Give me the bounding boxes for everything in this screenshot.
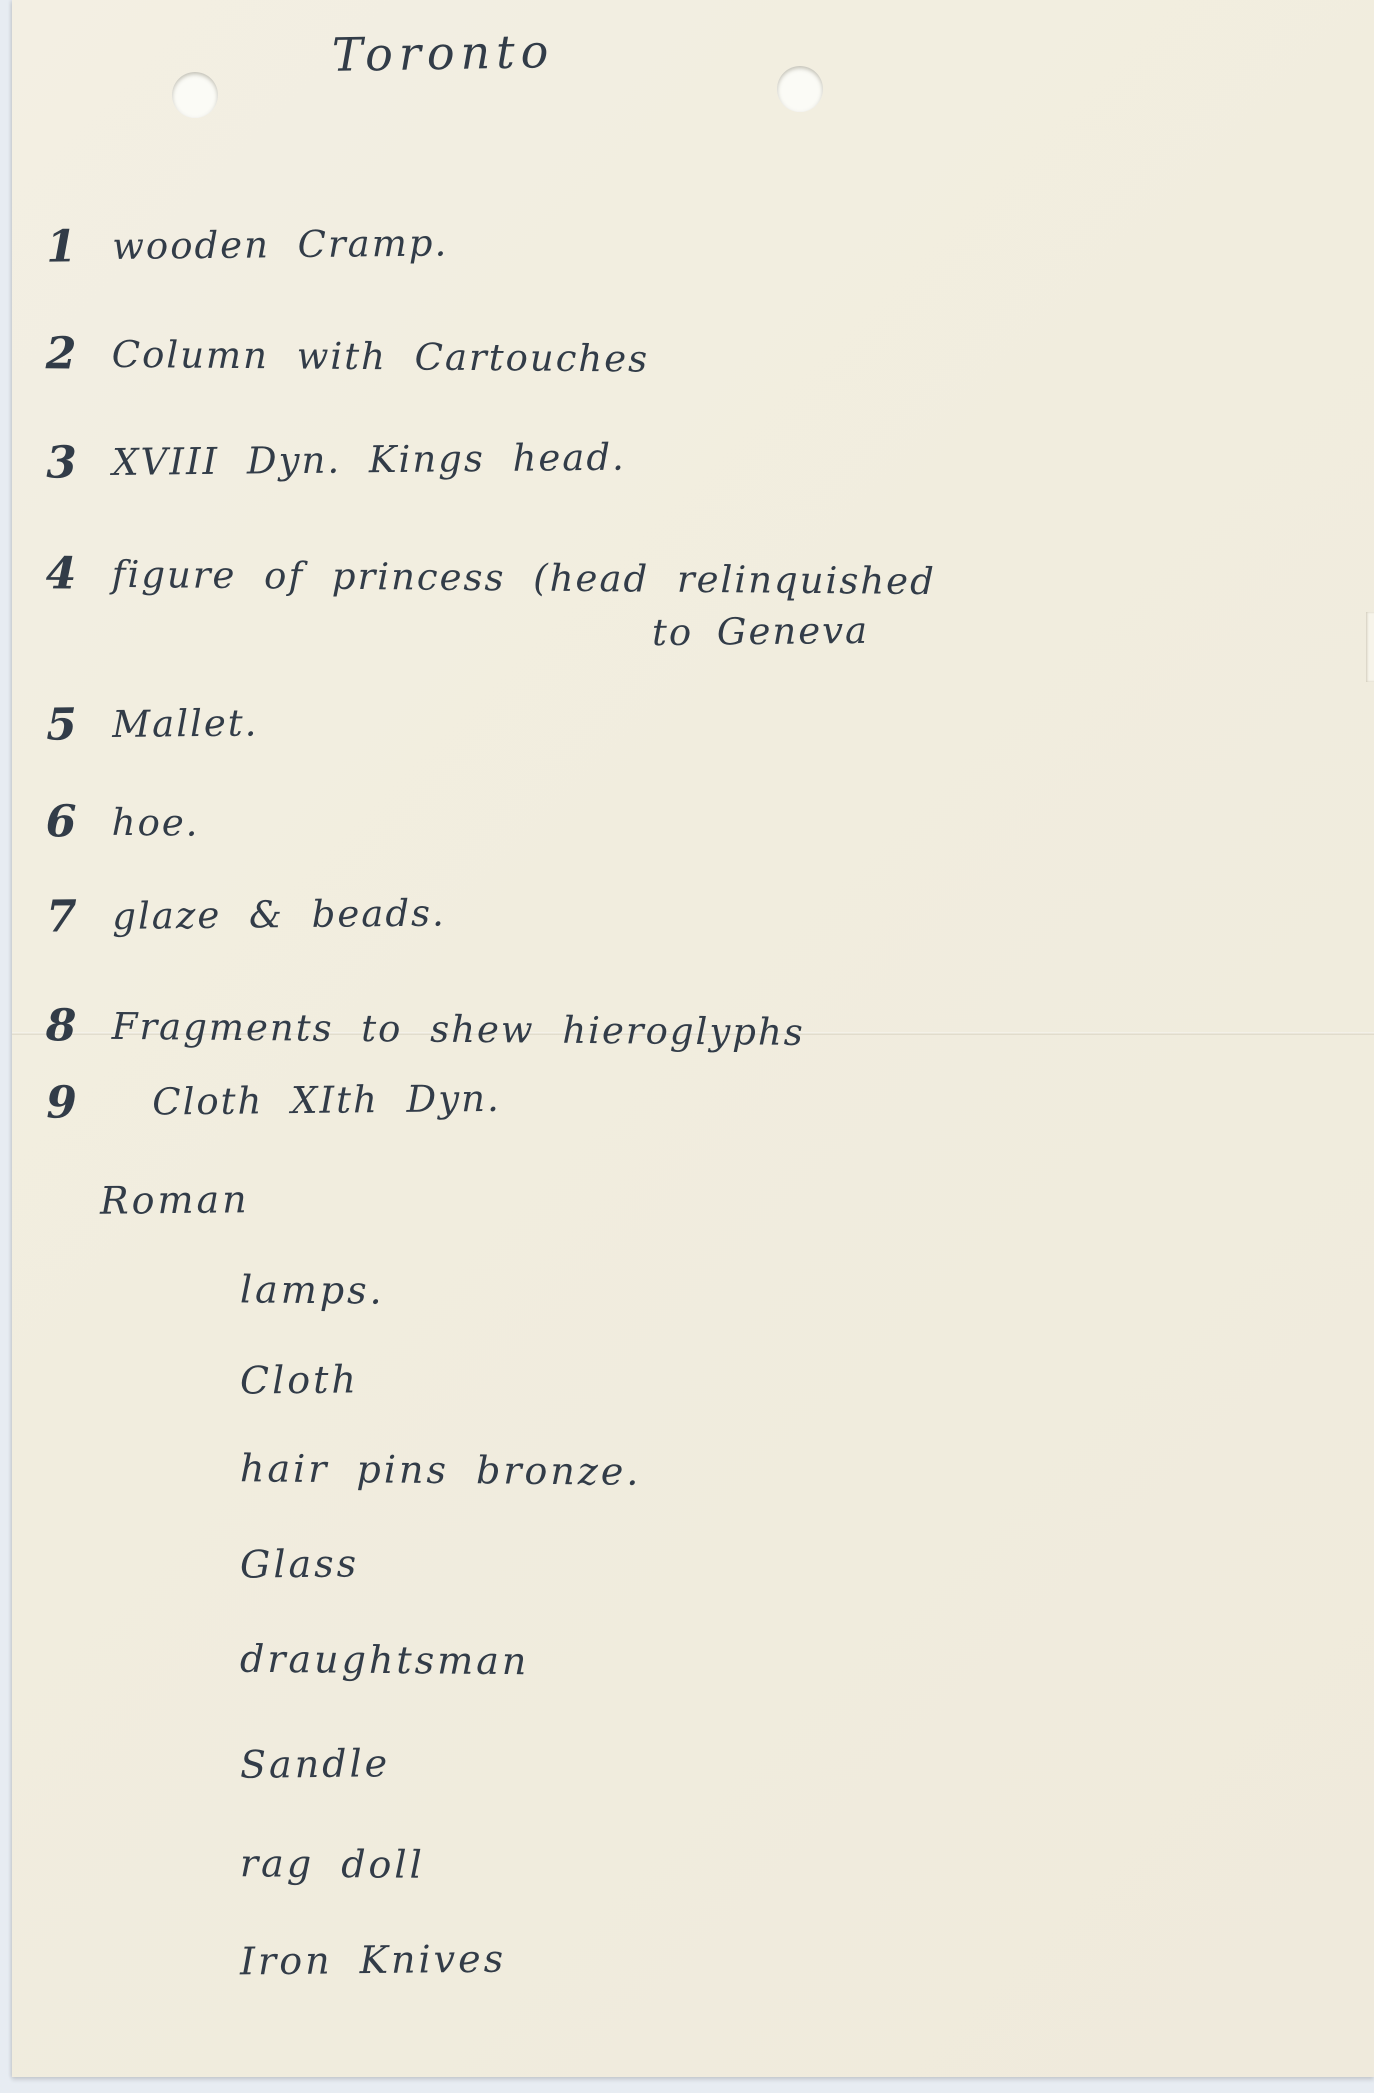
item-number: 9 (46, 1077, 97, 1129)
section-item: draughtsman (240, 1637, 530, 1684)
section-item: Iron Knives (240, 1937, 507, 1984)
punch-hole-right (777, 66, 823, 112)
item-text: wooden Cramp. (112, 221, 448, 268)
notebook-page: Toronto 1 wooden Cramp. 2 Column with Ca… (12, 0, 1374, 2077)
item-text: hoe. (112, 801, 200, 845)
section-item: rag doll (240, 1841, 425, 1887)
item-number: 3 (46, 437, 97, 489)
section-heading: Roman (100, 1177, 250, 1223)
item-number: 7 (46, 891, 97, 943)
page-title: Toronto (332, 24, 555, 82)
item-number: 5 (46, 699, 97, 751)
section-item: Sandle (240, 1741, 391, 1787)
paper-edge-notch (1366, 612, 1374, 682)
item-number: 4 (46, 548, 96, 599)
item-text: figure of princess (head relinquished (112, 553, 936, 603)
punch-hole-left (172, 72, 218, 118)
item-text: XVIII Dyn. Kings head. (112, 436, 626, 484)
section-item: Cloth (240, 1357, 359, 1402)
item-text: glaze & beads. (112, 891, 446, 937)
list-item-continuation: to Geneva (652, 609, 869, 654)
section-item: Glass (240, 1541, 360, 1586)
item-number: 6 (46, 796, 96, 847)
section-item: lamps. (240, 1267, 385, 1312)
item-text: Column with Cartouches (112, 333, 650, 381)
section-item: hair pins bronze. (240, 1446, 642, 1494)
item-text: Cloth XIth Dyn. (152, 1077, 501, 1124)
item-number: 8 (46, 1000, 96, 1051)
scanned-document: { "page": { "title": "Toronto", "items":… (0, 0, 1374, 2093)
item-text: Mallet. (112, 701, 259, 746)
item-text: Fragments to shew hieroglyphs (112, 1005, 805, 1054)
item-number: 2 (46, 328, 96, 379)
item-number: 1 (46, 221, 97, 273)
